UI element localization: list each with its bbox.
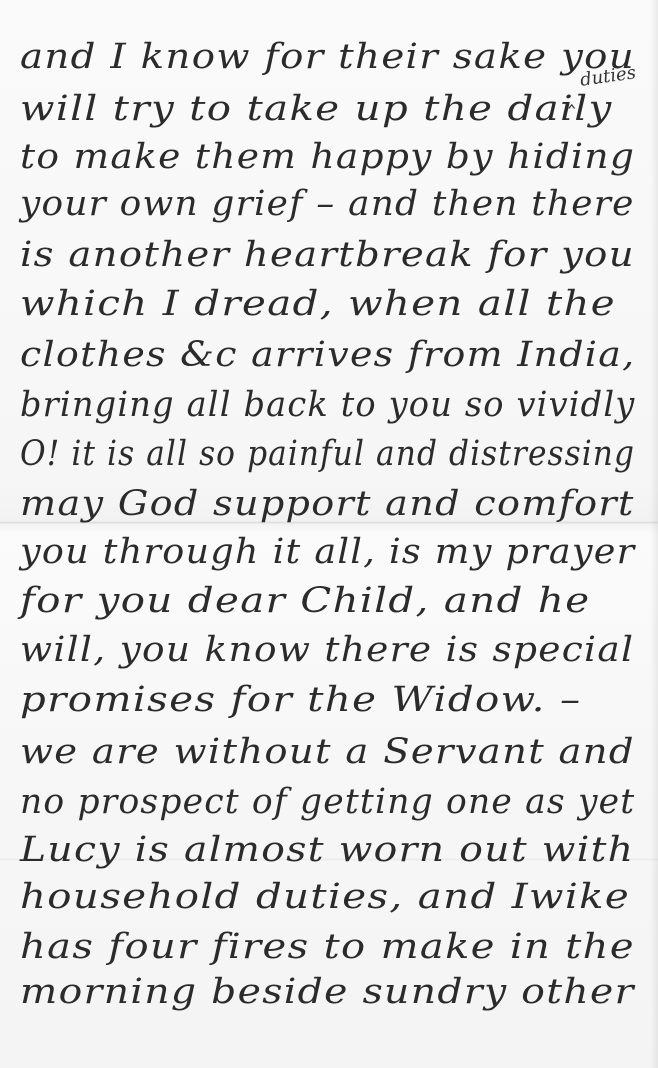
handwritten-line: we are without a Servant and [20, 735, 635, 770]
handwritten-line: will try to take up the daily [20, 92, 613, 127]
handwritten-line: your own grief – and then there [20, 187, 635, 222]
handwritten-line: Lucy is almost worn out with [20, 833, 634, 868]
handwritten-line: and I know for their sake you [20, 40, 635, 75]
handwritten-line: you through it all, is my prayer [20, 535, 635, 570]
handwritten-line: household duties, and Iwike [20, 880, 630, 915]
handwritten-line: O! it is all so painful and distressing [20, 437, 635, 472]
handwritten-line: has four fires to make in the [20, 930, 635, 965]
handwritten-line: which I dread, when all the [20, 287, 616, 322]
handwritten-line: may God support and comfort [20, 487, 635, 522]
insertion-caret-icon: ‸ [568, 84, 575, 109]
handwritten-line: no prospect of getting one as yet [20, 785, 635, 820]
handwritten-line: clothes &c arrives from India, [20, 338, 635, 373]
handwritten-line: is another heartbreak for you [20, 238, 635, 273]
handwritten-line: morning beside sundry other [20, 975, 635, 1010]
paper-edge-shadow [650, 0, 658, 1068]
handwritten-line: will, you know there is special [20, 633, 634, 668]
handwritten-line: for you dear Child, and he [20, 584, 590, 619]
handwritten-line: bringing all back to you so vividly [20, 388, 635, 423]
handwritten-line: promises for the Widow. – [20, 683, 582, 718]
handwritten-line: to make them happy by hiding [20, 140, 635, 175]
letter-page: and I know for their sake you will try t… [0, 0, 658, 1068]
